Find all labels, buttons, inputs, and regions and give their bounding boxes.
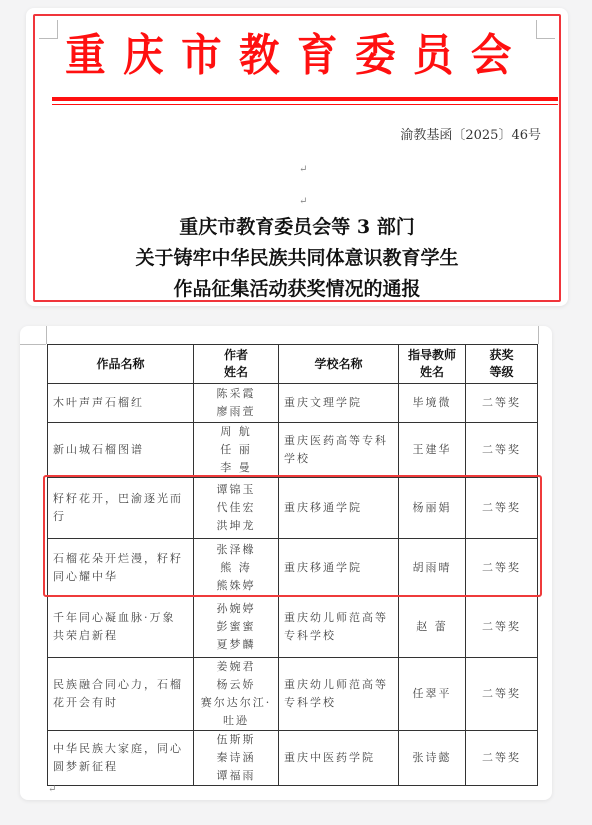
- table-header-row: 作品名称 作者 姓名 学校名称 指导教师 姓名 获奖 等级: [48, 345, 538, 384]
- cell-school: 重庆移通学院: [279, 539, 399, 597]
- letterhead-red-rule: [52, 97, 558, 101]
- document-title: 重庆市教育委员会等 3 部门 关于铸牢中华民族共同体意识教育学生 作品征集活动获…: [35, 212, 559, 305]
- award-table: 作品名称 作者 姓名 学校名称 指导教师 姓名 获奖 等级 木叶声声石榴红 陈采…: [47, 344, 538, 786]
- cell-authors: 谭锦玉 代佳宏 洪坤龙: [194, 478, 279, 539]
- header-work-name: 作品名称: [48, 345, 194, 384]
- cell-teacher: 王建华: [399, 423, 466, 478]
- cell-teacher: 胡雨晴: [399, 539, 466, 597]
- document-number: 渝教基函〔2025〕46号: [400, 124, 541, 143]
- cell-award: 二等奖: [466, 658, 538, 731]
- cell-school: 重庆中医药学院: [279, 731, 399, 786]
- margin-guide: [20, 344, 46, 345]
- table-row-highlighted: 籽籽花开，巴渝逐光而行 谭锦玉 代佳宏 洪坤龙 重庆移通学院 杨丽娟 二等奖: [48, 478, 538, 539]
- cell-school: 重庆幼儿师范高等专科学校: [279, 597, 399, 658]
- cell-award: 二等奖: [466, 597, 538, 658]
- cell-work-name: 木叶声声石榴红: [48, 384, 194, 423]
- cell-authors: 周 航 任 丽 李 曼: [194, 423, 279, 478]
- cell-work-name: 中华民族大家庭，同心圆梦新征程: [48, 731, 194, 786]
- cell-teacher: 杨丽娟: [399, 478, 466, 539]
- cell-authors: 张泽橼 熊 涛 熊姝婷: [194, 539, 279, 597]
- cell-authors: 姜婉君 杨云娇 赛尔达尔江·吐逊: [194, 658, 279, 731]
- cell-work-name: 石榴花朵开烂漫，籽籽同心耀中华: [48, 539, 194, 597]
- award-table-page-card: 作品名称 作者 姓名 学校名称 指导教师 姓名 获奖 等级 木叶声声石榴红 陈采…: [20, 326, 552, 800]
- paragraph-mark-icon: ↵: [48, 784, 56, 795]
- cell-teacher: 张诗懿: [399, 731, 466, 786]
- margin-corner-mark: [536, 20, 555, 39]
- cell-award: 二等奖: [466, 384, 538, 423]
- letterhead-org-name: 重庆市教育委员会: [56, 26, 538, 86]
- cell-authors: 伍斯斯 秦诗涵 谭福雨: [194, 731, 279, 786]
- cell-work-name: 民族融合同心力，石榴花开会有时: [48, 658, 194, 731]
- title-line-1: 重庆市教育委员会等 3 部门: [35, 212, 559, 243]
- cell-teacher: 赵 蕾: [399, 597, 466, 658]
- table-row: 千年同心凝血脉·万象共荣启新程 孙婉婷 彭蜜蜜 夏梦麟 重庆幼儿师范高等专科学校…: [48, 597, 538, 658]
- cell-award: 二等奖: [466, 478, 538, 539]
- cell-work-name: 新山城石榴图谱: [48, 423, 194, 478]
- margin-guide: [538, 326, 539, 344]
- letterhead-page-card: 重庆市教育委员会 渝教基函〔2025〕46号 ↵ ↵ 重庆市教育委员会等 3 部…: [26, 8, 568, 306]
- cell-authors: 陈采霞 廖雨萱: [194, 384, 279, 423]
- header-teacher: 指导教师 姓名: [399, 345, 466, 384]
- cell-award: 二等奖: [466, 423, 538, 478]
- margin-guide: [46, 326, 47, 344]
- cell-school: 重庆幼儿师范高等专科学校: [279, 658, 399, 731]
- cell-teacher: 任翠平: [399, 658, 466, 731]
- cell-award: 二等奖: [466, 731, 538, 786]
- cell-work-name: 千年同心凝血脉·万象共荣启新程: [48, 597, 194, 658]
- paragraph-mark-icon: ↵: [299, 196, 307, 207]
- header-award: 获奖 等级: [466, 345, 538, 384]
- title-line-2: 关于铸牢中华民族共同体意识教育学生: [35, 243, 559, 274]
- cell-teacher: 毕境微: [399, 384, 466, 423]
- header-school: 学校名称: [279, 345, 399, 384]
- table-row-highlighted: 石榴花朵开烂漫，籽籽同心耀中华 张泽橼 熊 涛 熊姝婷 重庆移通学院 胡雨晴 二…: [48, 539, 538, 597]
- cell-authors: 孙婉婷 彭蜜蜜 夏梦麟: [194, 597, 279, 658]
- cell-award: 二等奖: [466, 539, 538, 597]
- cell-school: 重庆文理学院: [279, 384, 399, 423]
- cell-work-name: 籽籽花开，巴渝逐光而行: [48, 478, 194, 539]
- title-line-3: 作品征集活动获奖情况的通报: [35, 274, 559, 305]
- table-row: 木叶声声石榴红 陈采霞 廖雨萱 重庆文理学院 毕境微 二等奖: [48, 384, 538, 423]
- header-author: 作者 姓名: [194, 345, 279, 384]
- paragraph-mark-icon: ↵: [299, 164, 307, 175]
- cell-school: 重庆医药高等专科学校: [279, 423, 399, 478]
- highlight-frame-header: 重庆市教育委员会 渝教基函〔2025〕46号 ↵ ↵ 重庆市教育委员会等 3 部…: [33, 14, 561, 302]
- table-row: 民族融合同心力，石榴花开会有时 姜婉君 杨云娇 赛尔达尔江·吐逊 重庆幼儿师范高…: [48, 658, 538, 731]
- letterhead-red-rule-thin: [52, 104, 558, 105]
- table-row: 新山城石榴图谱 周 航 任 丽 李 曼 重庆医药高等专科学校 王建华 二等奖: [48, 423, 538, 478]
- cell-school: 重庆移通学院: [279, 478, 399, 539]
- table-row: 中华民族大家庭，同心圆梦新征程 伍斯斯 秦诗涵 谭福雨 重庆中医药学院 张诗懿 …: [48, 731, 538, 786]
